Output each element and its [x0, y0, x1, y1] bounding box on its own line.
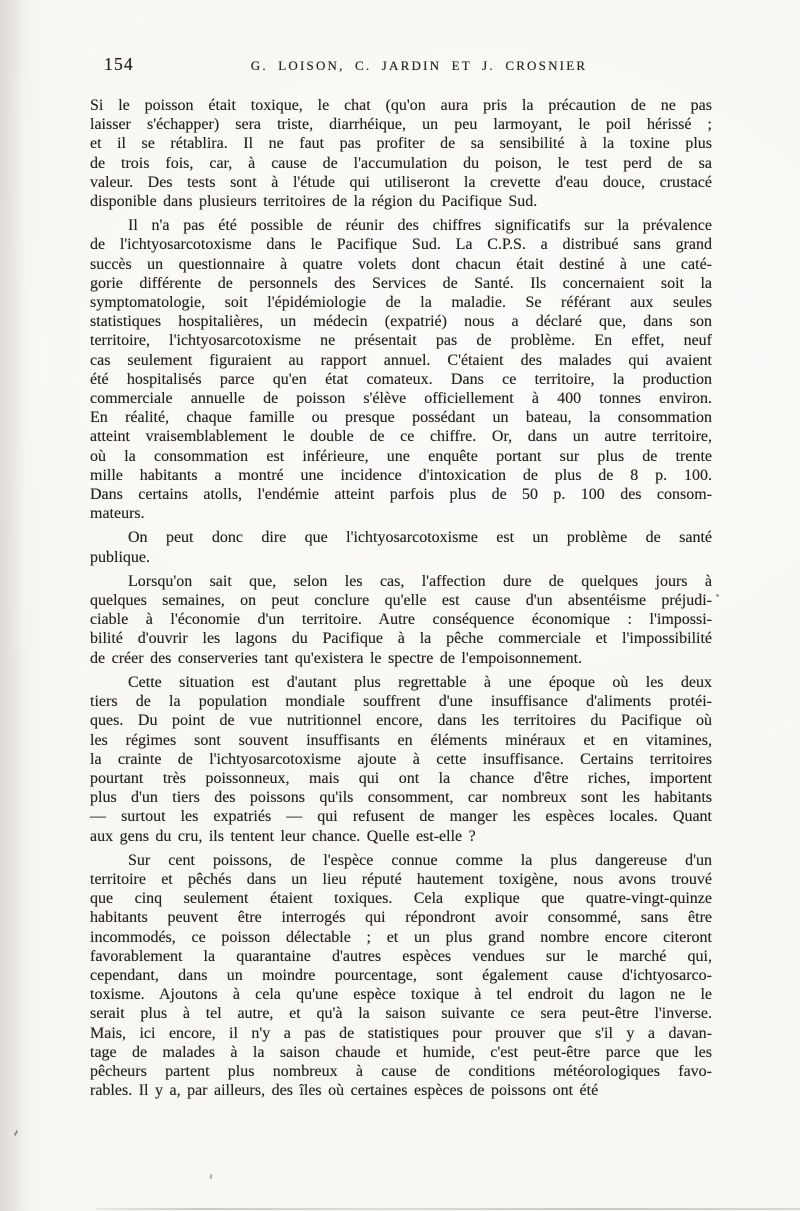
paragraph: Sur cent poissons, de l'espèce connue co… [90, 851, 712, 1101]
text-line: Sur cent poissons, de l'espèce connue co… [90, 851, 712, 870]
text-line: Cette situation est d'autant plus regret… [90, 673, 712, 692]
text-line: publique. [90, 548, 712, 567]
text-line: Mais, ici encore, il n'y a pas de statis… [90, 1024, 712, 1043]
paragraph: Il n'a pas été possible de réunir des ch… [90, 216, 712, 523]
scan-left-edge-shadow [0, 0, 26, 1211]
text-line: territoire et pêchés dans un lieu réputé… [90, 870, 712, 889]
text-line: de trois fois, car, à cause de l'accumul… [90, 154, 712, 173]
text-line: aux gens du cru, ils tentent leur chance… [90, 827, 712, 846]
text-line: valeur. Des tests sont à l'étude qui uti… [90, 173, 712, 192]
text-line: tage de malades à la saison chaude et hu… [90, 1043, 712, 1062]
text-line: Lorsqu'on sait que, selon les cas, l'aff… [90, 572, 712, 591]
text-line: cas seulement figuraient au rapport annu… [90, 351, 712, 370]
text-line: cependant, dans un moindre pourcentage, … [90, 966, 712, 985]
paragraph: On peut donc dire que l'ichtyosarcotoxis… [90, 528, 712, 566]
text-line: toxisme. Ajoutons à cela qu'une espèce t… [90, 985, 712, 1004]
text-line: laisser s'échapper) sera triste, diarrhé… [90, 115, 712, 134]
text-line: de créer des conserveries tant qu'existe… [90, 649, 712, 668]
text-line: tiers de la population mondiale souffren… [90, 692, 712, 711]
text-line: atteint vraisemblablement le double de c… [90, 427, 712, 446]
text-line: Dans certains atolls, l'endémie atteint … [90, 485, 712, 504]
text-line: — surtout les expatriés — qui refusent d… [90, 807, 712, 826]
text-line: On peut donc dire que l'ichtyosarcotoxis… [90, 528, 712, 547]
text-line: gorie différente de personnels des Servi… [90, 274, 712, 293]
text-line: été hospitalisés parce qu'en état comate… [90, 370, 712, 389]
text-line: serait plus à tel autre, et qu'à la sais… [90, 1004, 712, 1023]
text-line: la crainte de l'ichtyosarcotoxisme ajout… [90, 750, 712, 769]
text-line: symptomatologie, soit l'épidémiologie de… [90, 293, 712, 312]
scanned-paper-page: 154 G. LOISON, C. JARDIN ET J. CROSNIER … [0, 0, 800, 1211]
text-line: Il n'a pas été possible de réunir des ch… [90, 216, 712, 235]
text-line: En réalité, chaque famille ou presque po… [90, 408, 712, 427]
text-line: bilité d'ouvrir les lagons du Pacifique … [90, 629, 712, 648]
text-line: succès un questionnaire à quatre volets … [90, 255, 712, 274]
text-line: de l'ichtyosarcotoxisme dans le Pacifiqu… [90, 235, 712, 254]
text-line: statistiques hospitalières, un médecin (… [90, 312, 712, 331]
text-line: disponible dans plusieurs territoires de… [90, 192, 712, 211]
scan-speckle [716, 594, 719, 597]
text-line: et il se rétablira. Il ne faut pas profi… [90, 134, 712, 153]
scan-speckle [209, 1174, 212, 1179]
paragraph: Si le poisson était toxique, le chat (qu… [90, 96, 712, 211]
text-line: territoire, l'ichtyosarcotoxisme ne prés… [90, 331, 712, 350]
page-body: Si le poisson était toxique, le chat (qu… [90, 96, 712, 1100]
text-line: plus d'un tiers des poissons qu'ils cons… [90, 788, 712, 807]
text-line: mateurs. [90, 504, 712, 523]
text-line: habitants peuvent être interrogés qui ré… [90, 908, 712, 927]
text-line: quelques semaines, on peut conclure qu'e… [90, 591, 712, 610]
running-header-authors: G. LOISON, C. JARDIN ET J. CROSNIER [0, 58, 800, 74]
text-line: mille habitants a montré une incidence d… [90, 466, 712, 485]
text-line: les régimes sont souvent insuffisants en… [90, 731, 712, 750]
text-line: où la consommation est inférieure, une e… [90, 447, 712, 466]
paragraph: Lorsqu'on sait que, selon les cas, l'aff… [90, 572, 712, 668]
text-line: ques. Du point de vue nutritionnel encor… [90, 711, 712, 730]
text-line: pourtant très poissonneux, mais qui ont … [90, 769, 712, 788]
text-line: favorablement la quarantaine d'autres es… [90, 947, 712, 966]
scan-bottom-edge-line [96, 1208, 800, 1210]
text-line: pêcheurs partent plus nombreux à cause d… [90, 1062, 712, 1081]
paragraph: Cette situation est d'autant plus regret… [90, 673, 712, 846]
text-line: ciable à l'économie d'un territoire. Aut… [90, 610, 712, 629]
text-line: que cinq seulement étaient toxiques. Cel… [90, 889, 712, 908]
text-line: commerciale annuelle de poisson s'élève … [90, 389, 712, 408]
text-line: Si le poisson était toxique, le chat (qu… [90, 96, 712, 115]
text-line: incommodés, ce poisson délectable ; et u… [90, 928, 712, 947]
text-line: rables. Il y a, par ailleurs, des îles o… [90, 1081, 712, 1100]
